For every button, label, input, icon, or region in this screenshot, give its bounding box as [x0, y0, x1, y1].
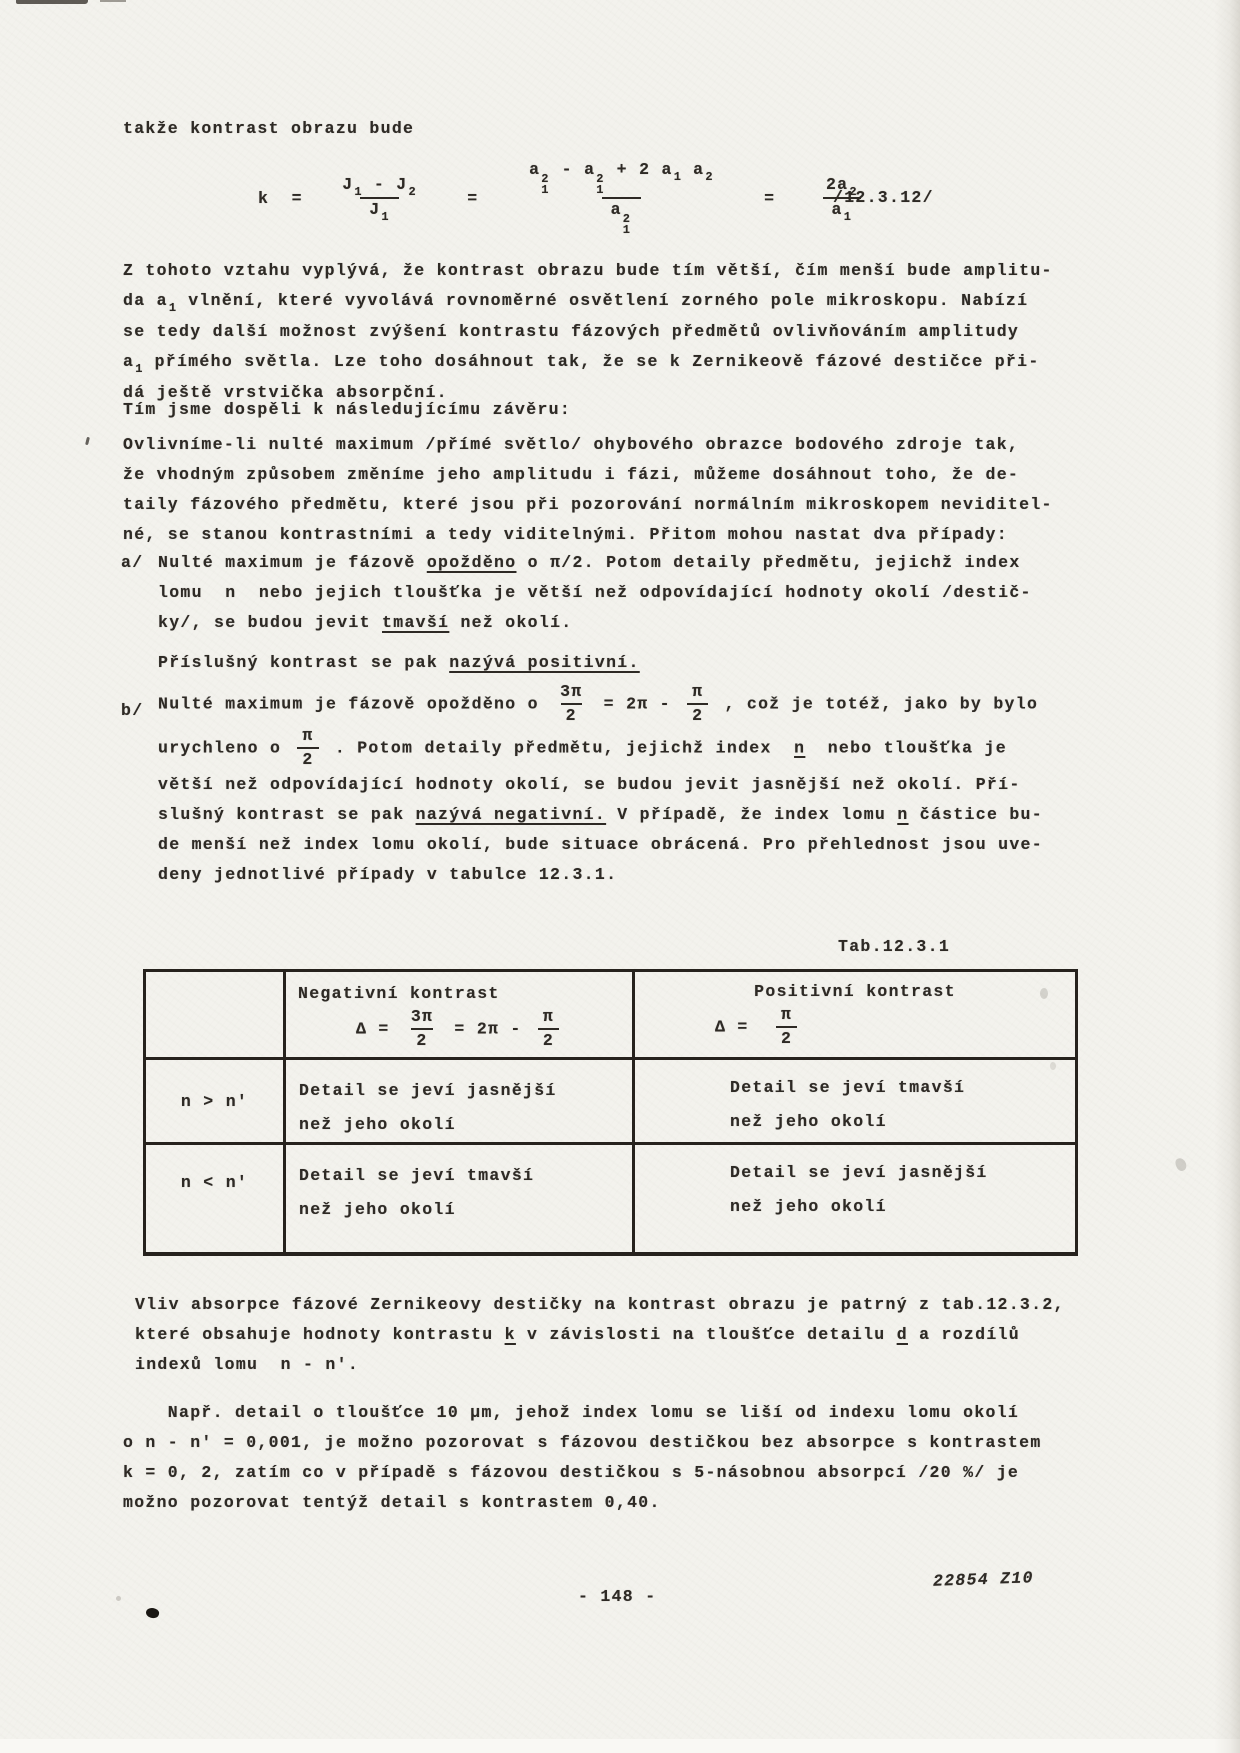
paragraph-4: Např. detail o tloušťce 10 µm, jehož ind… — [123, 1398, 1042, 1518]
positive-contrast-formula: Δ = π2 — [715, 1005, 1075, 1049]
positive-contrast-title: Positivní kontrast — [635, 982, 1075, 1001]
contrast-table: Negativní kontrast Δ = 3π2 = 2π - π2 Pos… — [143, 969, 1078, 1256]
table-header-negative-contrast: Negativní kontrast Δ = 3π2 = 2π - π2 — [286, 972, 635, 1060]
intro-line: takže kontrast obrazu bude — [123, 118, 414, 140]
table-row2-negative-cell: Detail se jeví tmavšínež jeho okolí — [286, 1145, 635, 1252]
table-row1-negative-cell: Detail se jeví jasnějšínež jeho okolí — [286, 1060, 635, 1145]
negative-contrast-formula: Δ = 3π2 = 2π - π2 — [356, 1007, 632, 1051]
page-number: - 148 - — [578, 1586, 656, 1608]
scan-smear-icon — [100, 0, 126, 2]
table-row1-condition: n > n' — [146, 1060, 286, 1145]
item-a-marker: a/ — [121, 552, 143, 574]
paragraph-3: Vliv absorpce fázové Zernikeovy destičky… — [135, 1290, 1065, 1380]
ink-speck — [85, 437, 90, 445]
document-stamp: 22854 Z10 — [933, 1567, 1035, 1593]
table-row2-condition: n < n' — [146, 1145, 286, 1252]
item-b-text: Nulté maximum je fázově opožděno o 3π2 =… — [158, 682, 1043, 890]
equation-number: /12.3.12/ — [833, 187, 934, 209]
paragraph-1: Z tohoto vztahu vyplývá, že kontrast obr… — [123, 256, 1053, 408]
paragraph-2: Ovlivníme-li nulté maximum /přímé světlo… — [123, 430, 1053, 550]
table-row2-positive-cell: Detail se jeví jasnějšínež jeho okolí — [635, 1145, 1075, 1252]
table-row1-positive-cell: Detail se jeví tmavšínež jeho okolí — [635, 1060, 1075, 1145]
item-a-note: Příslušný kontrast se pak nazývá positiv… — [158, 652, 640, 674]
ink-speck — [1174, 1157, 1188, 1172]
equation-12-3-12: k = J1 - J2J1 = a21 - a21 + 2 a1 a2a21 =… — [258, 156, 875, 240]
negative-contrast-title: Negativní kontrast — [298, 984, 632, 1003]
ink-blob — [145, 1606, 161, 1620]
table-header-positive-contrast: Positivní kontrast Δ = π2 — [635, 972, 1075, 1060]
scan-bottom-edge — [0, 1739, 1240, 1753]
item-b-marker: b/ — [121, 700, 143, 722]
conclusion-lead-line: Tím jsme dospěli k následujícímu závěru: — [123, 399, 571, 421]
document-page: takže kontrast obrazu bude k = J1 - J2J1… — [0, 0, 1240, 1753]
ink-speck — [116, 1596, 121, 1601]
table-caption: Tab.12.3.1 — [838, 936, 950, 958]
scan-smear-icon — [16, 0, 88, 4]
table-header-empty-cell — [146, 972, 286, 1060]
item-a-text: Nulté maximum je fázově opožděno o π/2. … — [158, 548, 1032, 638]
